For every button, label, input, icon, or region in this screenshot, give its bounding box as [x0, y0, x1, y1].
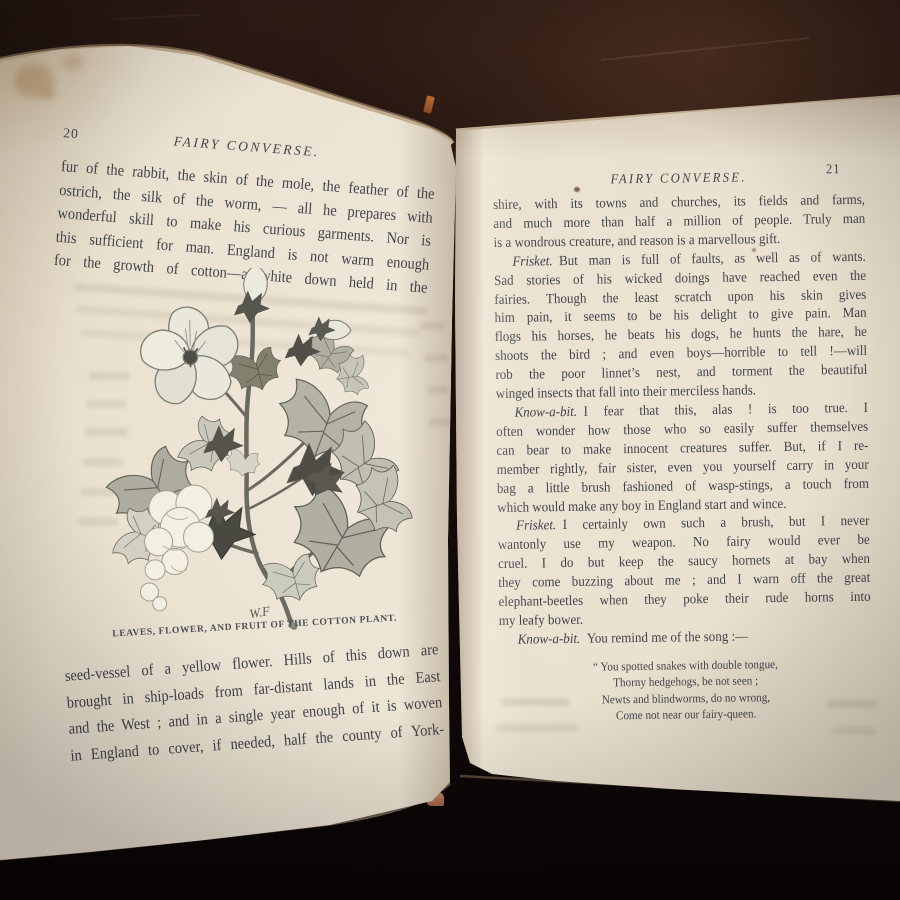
- text-line: Know-a-bit.You remind me of the song :—: [499, 627, 871, 651]
- speaker-name: Know-a-bit.: [518, 632, 587, 648]
- photograph-scene: 20 FAIRY CONVERSE. fur of the rabbit, th…: [0, 0, 900, 900]
- gutter-shadow-left: [398, 118, 458, 810]
- page-number: 21: [826, 161, 841, 177]
- foxing-spot: [62, 54, 84, 70]
- right-page-header: FAIRY CONVERSE. 21: [493, 167, 865, 194]
- left-page-paragraph-bottom: seed-vessel of a yellow flower. Hills of…: [64, 637, 445, 769]
- running-header: FAIRY CONVERSE.: [173, 133, 320, 159]
- show-through-text: [832, 727, 876, 735]
- speaker-name: Know-a-bit.: [514, 405, 583, 421]
- artist-monogram: W.F: [248, 603, 272, 621]
- right-page-text: shire, with its towns and churches, its …: [493, 192, 871, 651]
- page-number: 20: [63, 125, 80, 142]
- running-header: FAIRY CONVERSE.: [610, 169, 746, 186]
- foxing-spot: [44, 90, 54, 99]
- cotton-plant-illustration: W.F: [92, 265, 428, 633]
- gutter-shadow-right: [452, 118, 524, 780]
- verse-quote: “ You spotted snakes with double tongue,…: [499, 655, 872, 726]
